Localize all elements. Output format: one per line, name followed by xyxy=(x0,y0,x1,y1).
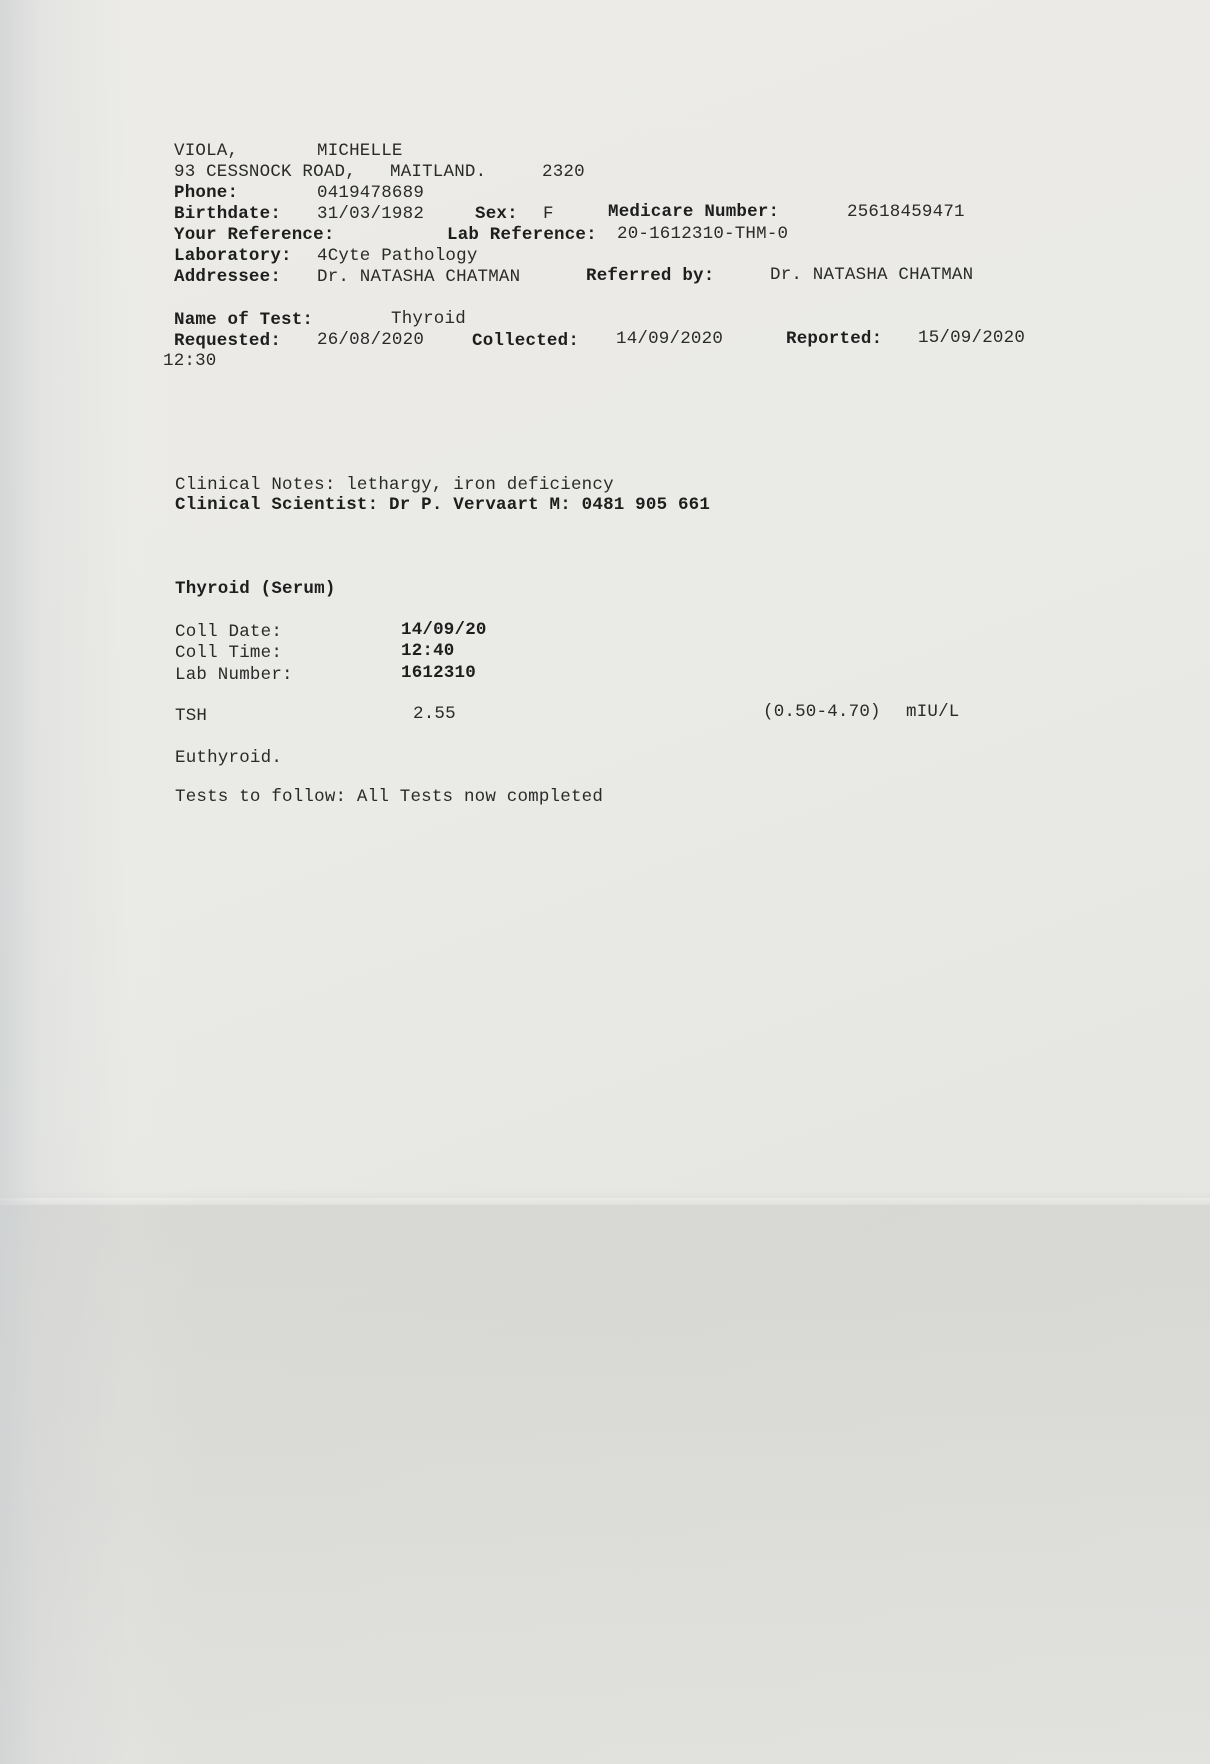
requested-value: 26/08/2020 xyxy=(317,332,424,350)
referred-by-value: Dr. NATASHA CHATMAN xyxy=(770,267,973,285)
patient-given-name: MICHELLE xyxy=(317,143,403,161)
birthdate-label: Birthdate: xyxy=(174,206,281,224)
phone-label: Phone: xyxy=(174,185,238,203)
reported-label: Reported: xyxy=(786,331,882,349)
medicare-value: 25618459471 xyxy=(847,204,965,222)
lab-reference-value: 20-1612310-THM-0 xyxy=(617,226,788,244)
addressee-label: Addressee: xyxy=(174,269,281,287)
clinical-notes: Clinical Notes: lethargy, iron deficienc… xyxy=(175,477,614,495)
coll-date-value: 14/09/20 xyxy=(401,622,487,640)
result-unit: mIU/L xyxy=(906,704,960,722)
test-name-label: Name of Test: xyxy=(174,312,313,330)
interpretation: Euthyroid. xyxy=(175,750,282,768)
patient-suburb: MAITLAND. xyxy=(390,164,486,182)
result-reference-range: (0.50-4.70) xyxy=(763,704,881,722)
tests-to-follow: Tests to follow: All Tests now completed xyxy=(175,789,603,807)
your-reference-label: Your Reference: xyxy=(174,227,335,245)
referred-by-label: Referred by: xyxy=(586,268,714,286)
lab-reference-label: Lab Reference: xyxy=(447,227,597,245)
addressee-value: Dr. NATASHA CHATMAN xyxy=(317,269,520,287)
coll-date-label: Coll Date: xyxy=(175,624,282,642)
paper-fold-shadow xyxy=(0,1205,1210,1764)
clinical-scientist: Clinical Scientist: Dr P. Vervaart M: 04… xyxy=(175,497,710,515)
patient-address: 93 CESSNOCK ROAD, xyxy=(174,164,356,182)
phone-value: 0419478689 xyxy=(317,185,424,203)
sex-value: F xyxy=(543,206,554,224)
reported-value: 15/09/2020 xyxy=(918,330,1025,348)
patient-surname: VIOLA, xyxy=(174,143,238,161)
requested-label: Requested: xyxy=(174,333,281,351)
lab-number-label: Lab Number: xyxy=(175,667,293,685)
sex-label: Sex: xyxy=(475,206,518,224)
results-section-title: Thyroid (Serum) xyxy=(175,581,336,599)
birthdate-value: 31/03/1982 xyxy=(317,206,424,224)
laboratory-value: 4Cyte Pathology xyxy=(317,248,478,266)
paper-crease-line xyxy=(0,1198,1210,1206)
medicare-label: Medicare Number: xyxy=(608,204,779,222)
collected-label: Collected: xyxy=(472,333,579,351)
test-name-value: Thyroid xyxy=(391,311,466,329)
patient-postcode: 2320 xyxy=(542,164,585,182)
paper-document: VIOLA, MICHELLE 93 CESSNOCK ROAD, MAITLA… xyxy=(0,0,1210,1764)
lab-number-value: 1612310 xyxy=(401,665,476,683)
result-analyte: TSH xyxy=(175,708,207,726)
collected-value: 14/09/2020 xyxy=(616,331,723,349)
paper-edge-shadow xyxy=(0,0,40,1764)
coll-time-value: 12:40 xyxy=(401,643,455,661)
result-value: 2.55 xyxy=(413,706,456,724)
coll-time-label: Coll Time: xyxy=(175,645,282,663)
laboratory-label: Laboratory: xyxy=(174,248,292,266)
reported-time: 12:30 xyxy=(163,353,217,371)
